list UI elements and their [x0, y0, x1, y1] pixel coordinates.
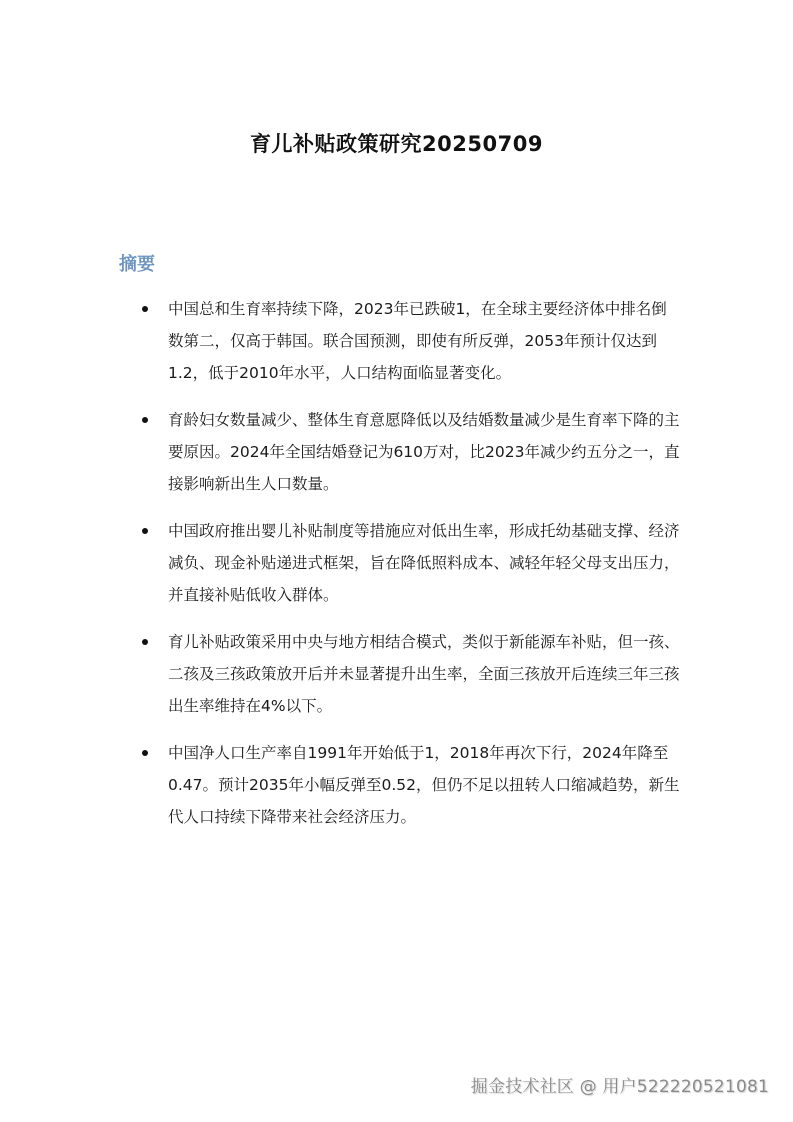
abstract-bullet-list: 中国总和生育率持续下降，2023年已跌破1，在全球主要经济体中排名倒数第二，仅高… — [140, 293, 680, 848]
bullet-icon — [142, 306, 148, 312]
list-item: 育龄妇女数量减少、整体生育意愿降低以及结婚数量减少是生育率下降的主要原因。202… — [140, 404, 680, 500]
document-page: 育儿补贴政策研究20250709 摘要 中国总和生育率持续下降，2023年已跌破… — [0, 0, 793, 1122]
list-item: 中国净人口生产率自1991年开始低于1，2018年再次下行，2024年降至0.4… — [140, 737, 680, 833]
list-item: 育儿补贴政策采用中央与地方相结合模式，类似于新能源车补贴，但一孩、二孩及三孩政策… — [140, 626, 680, 722]
list-item-text: 育儿补贴政策采用中央与地方相结合模式，类似于新能源车补贴，但一孩、二孩及三孩政策… — [168, 633, 680, 715]
list-item-text: 中国净人口生产率自1991年开始低于1，2018年再次下行，2024年降至0.4… — [168, 744, 679, 826]
bullet-icon — [142, 528, 148, 534]
bullet-icon — [142, 417, 148, 423]
section-heading-abstract: 摘要 — [119, 250, 155, 276]
list-item-text: 育龄妇女数量减少、整体生育意愿降低以及结婚数量减少是生育率下降的主要原因。202… — [168, 411, 680, 493]
document-title: 育儿补贴政策研究20250709 — [0, 128, 793, 158]
bullet-icon — [142, 639, 148, 645]
watermark: 掘金技术社区 @ 用户522220521081 — [471, 1072, 769, 1097]
list-item: 中国总和生育率持续下降，2023年已跌破1，在全球主要经济体中排名倒数第二，仅高… — [140, 293, 680, 389]
bullet-icon — [142, 750, 148, 756]
list-item-text: 中国政府推出婴儿补贴制度等措施应对低出生率，形成托幼基础支撑、经济减负、现金补贴… — [168, 522, 680, 604]
list-item-text: 中国总和生育率持续下降，2023年已跌破1，在全球主要经济体中排名倒数第二，仅高… — [168, 300, 667, 382]
list-item: 中国政府推出婴儿补贴制度等措施应对低出生率，形成托幼基础支撑、经济减负、现金补贴… — [140, 515, 680, 611]
